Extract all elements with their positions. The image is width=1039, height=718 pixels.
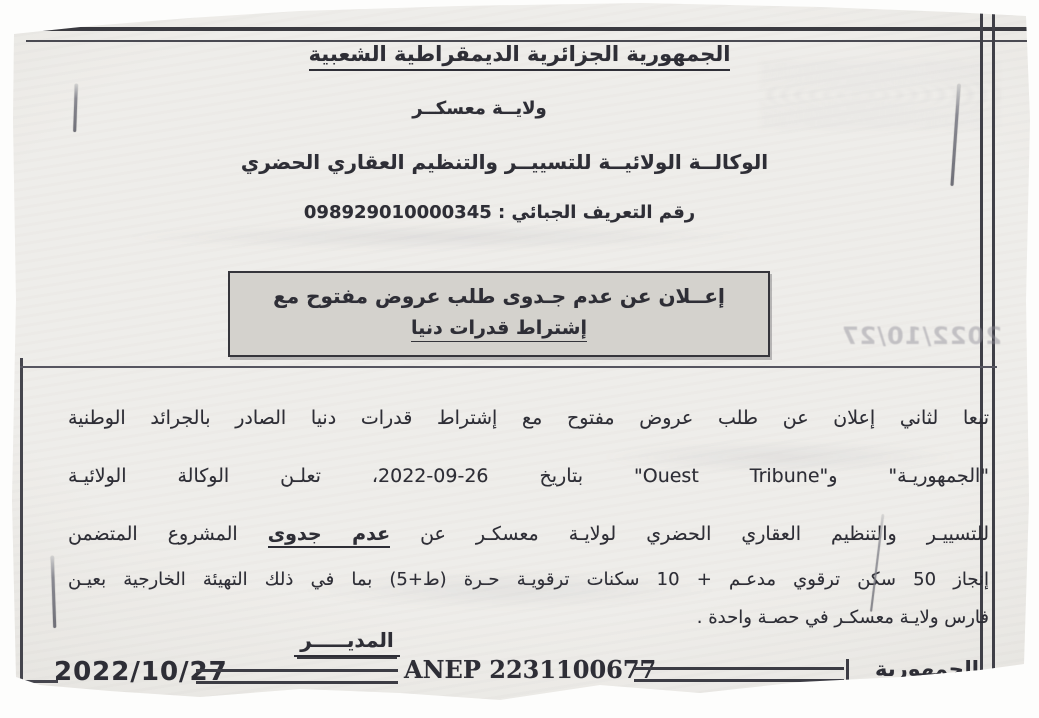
bleedthrough-date-text: 2022/10/27 bbox=[792, 322, 1002, 350]
newspaper-name: الجمهورية bbox=[858, 657, 996, 681]
underlined-phrase: عدم جدوى bbox=[268, 523, 390, 548]
footer-separator-line-right bbox=[634, 667, 844, 682]
footer-separator-line-left bbox=[196, 669, 398, 684]
notice-title-line2: إشتراط قدرات دنيا bbox=[411, 317, 587, 342]
body-line-5: فارس ولايـة معسكـر في حصـة واحدة . bbox=[68, 604, 989, 631]
notice-title-line1: إعــلان عن عدم جـدوى طلب عروض مفتوح مع bbox=[230, 284, 768, 308]
body-line-3-after: المشروع المتضمن bbox=[68, 523, 268, 545]
body-line-3: للتسييـر والتنظيم العقاري الحضري لولايـة… bbox=[68, 520, 989, 549]
scan-smudge bbox=[120, 224, 760, 250]
staple-mark-bottom-left bbox=[51, 556, 57, 628]
top-border-line bbox=[26, 27, 1027, 42]
scanned-paper: الجمهورية الجزائرية الديمقراطية الشعبية … bbox=[0, 0, 1039, 718]
republic-header: الجمهورية الجزائرية الديمقراطية الشعبية bbox=[0, 42, 1039, 66]
body-line-4: إنجاز 50 سكن ترقوي مدعـم + 10 سكنات ترقو… bbox=[68, 566, 989, 593]
anep-number: ANEP 2231100677 bbox=[404, 655, 656, 684]
tax-id-line: رقم التعريف الجبائي : 098929010000345 bbox=[0, 202, 999, 223]
bottom-left-border-corner bbox=[20, 680, 58, 683]
scan-smudge bbox=[760, 60, 1000, 130]
left-border-line bbox=[20, 358, 23, 682]
body-line-1: تبعا لثاني إعلان عن طلب عروض مفتوح مع إش… bbox=[68, 404, 989, 433]
republic-header-text: الجمهورية الجزائرية الديمقراطية الشعبية bbox=[309, 42, 731, 71]
director-signature: المديـــــر bbox=[282, 628, 412, 652]
body-line-2: "الجمهوريـة" و"Ouest Tribune" بتاريخ 26-… bbox=[68, 462, 989, 491]
agency-name: الوكالــة الولائيــة للتسييــر والتنظيم … bbox=[0, 150, 1009, 174]
wilaya-line: ولايــة معسكــر bbox=[0, 98, 959, 119]
notice-title-box: إعــلان عن عدم جـدوى طلب عروض مفتوح مع إ… bbox=[228, 271, 770, 357]
body-line-3-before: للتسييـر والتنظيم العقاري الحضري لولايـة… bbox=[390, 523, 989, 545]
section-divider-line bbox=[20, 366, 997, 368]
director-signature-text: المديـــــر bbox=[294, 628, 399, 657]
